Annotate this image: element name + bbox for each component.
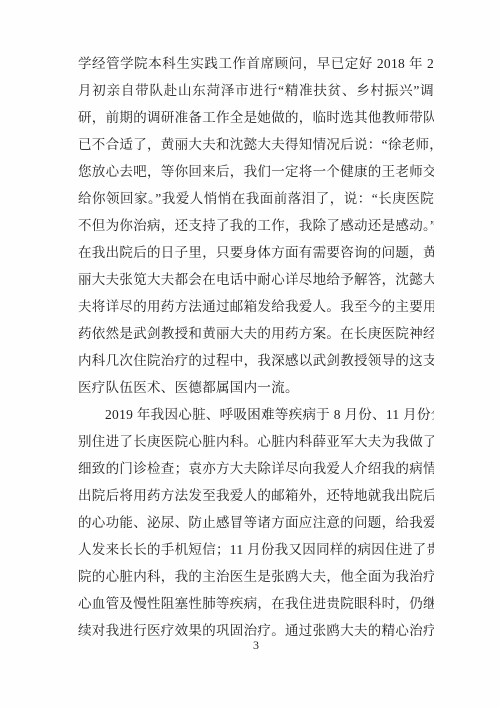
text-line: 月初亲自带队赴山东菏泽市进行“精准扶贫、乡村振兴”调: [78, 77, 434, 104]
text-line: 研，前期的调研准备工作全是她做的，临时选其他教师带队: [78, 104, 434, 131]
text-line: 丽大夫张笕大夫都会在电话中耐心详尽地给予解答，沈懿大: [78, 266, 434, 293]
text-line: 夫将详尽的用药方法通过邮箱发给我爱人。我至今的主要用: [78, 293, 434, 320]
text-line: 出院后将用药方法发至我爱人的邮箱外，还特地就我出院后: [78, 482, 434, 509]
text-line: 您放心去吧，等你回来后，我们一定将一个健康的王老师交: [78, 158, 434, 185]
text-line: 别住进了长庚医院心脏内科。心脏内科薛亚军大夫为我做了: [78, 428, 434, 455]
text-line: 不但为你治病，还支持了我的工作，我除了感动还是感动。”: [78, 212, 434, 239]
text-line: 人发来长长的手机短信；11 月份我又因同样的病因住进了贵: [78, 536, 434, 563]
page-number: 3: [78, 638, 434, 653]
text-line: 院的心脏内科，我的主治医生是张鸥大夫，他全面为我治疗: [78, 563, 434, 590]
document-page: 学经管学院本科生实践工作首席顾问，早已定好 2018 年 2 月初亲自带队赴山东…: [0, 0, 500, 707]
text-line-paragraph-end: 医疗队伍医术、医德都属国内一流。: [78, 374, 434, 401]
text-line: 细致的门诊检查；袁亦方大夫除详尽向我爱人介绍我的病情，: [78, 455, 434, 482]
text-line: 药依然是武剑教授和黄丽大夫的用药方案。在长庚医院神经: [78, 320, 434, 347]
text-line-paragraph-start: 2019 年我因心脏、呼吸困难等疾病于 8 月份、11 月份分: [78, 401, 434, 428]
body-text: 学经管学院本科生实践工作首席顾问，早已定好 2018 年 2 月初亲自带队赴山东…: [78, 50, 434, 644]
text-line: 学经管学院本科生实践工作首席顾问，早已定好 2018 年 2: [78, 50, 434, 77]
text-line: 在我出院后的日子里，只要身体方面有需要咨询的问题，黄: [78, 239, 434, 266]
text-line: 内科几次住院治疗的过程中，我深感以武剑教授领导的这支: [78, 347, 434, 374]
text-line: 已不合适了，黄丽大夫和沈懿大夫得知情况后说：“徐老师，: [78, 131, 434, 158]
text-line: 的心功能、泌尿、防止感冒等诸方面应注意的问题，给我爱: [78, 509, 434, 536]
text-line: 心血管及慢性阻塞性肺等疾病，在我住进贵院眼科时，仍继: [78, 590, 434, 617]
text-line: 给你领回家。”我爱人悄悄在我面前落泪了，说：“长庚医院: [78, 185, 434, 212]
